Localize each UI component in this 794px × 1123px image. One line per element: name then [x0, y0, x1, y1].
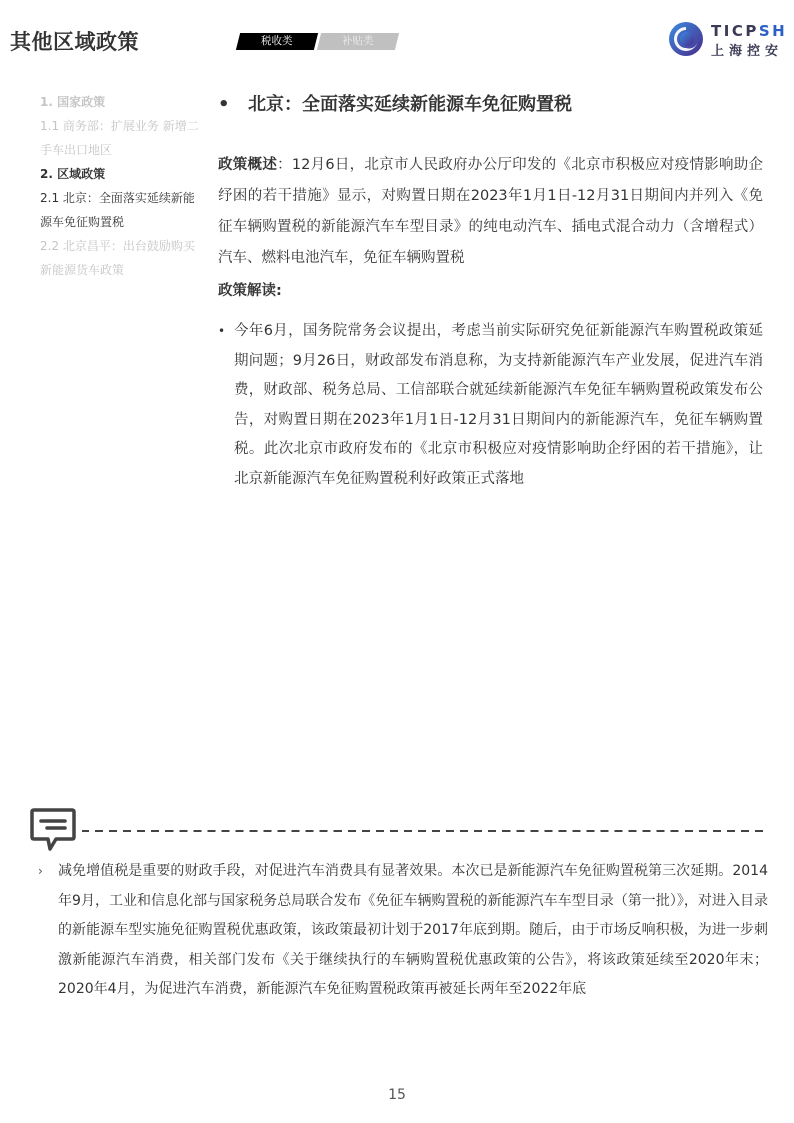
logo-text-en: TICPSH — [711, 22, 787, 40]
section-heading: • 北京：全面落实延续新能源车免征购置税 — [218, 90, 763, 120]
dashed-divider — [82, 830, 766, 832]
company-logo: TICPSH 上海控安 — [668, 20, 788, 60]
tab-subsidy[interactable]: 补贴类 — [317, 33, 399, 50]
toc-item-beijing-tax[interactable]: 2.1 北京：全面落实延续新能源车免征购置税 — [40, 186, 200, 234]
page-title: 其他区域政策 — [10, 26, 139, 56]
overview-text: ：12月6日，北京市人民政府办公厅印发的《北京市积极应对疫情影响助企纾困的若干措… — [218, 157, 763, 266]
section-heading-text: 北京：全面落实延续新能源车免征购置税 — [248, 94, 572, 115]
tab-tax-label: 税收类 — [261, 33, 293, 50]
table-of-contents: 1. 国家政策 1.1 商务部：扩展业务 新增二手车出口地区 2. 区域政策 2… — [40, 90, 200, 282]
bullet-icon: • — [218, 317, 225, 347]
policy-overview: 政策概述：12月6日，北京市人民政府办公厅印发的《北京市积极应对疫情影响助企纾困… — [218, 150, 763, 274]
overview-label: 政策概述 — [218, 157, 277, 173]
bullet-icon: • — [218, 90, 230, 120]
tab-tax[interactable]: 税收类 — [236, 33, 318, 50]
toc-item-national-policy[interactable]: 1. 国家政策 — [40, 90, 200, 114]
toc-item-regional-policy[interactable]: 2. 区域政策 — [40, 162, 200, 186]
interpretation-text: 今年6月，国务院常务会议提出，考虑当前实际研究免征新能源汽车购置税政策延期问题；… — [234, 323, 763, 487]
tab-subsidy-label: 补贴类 — [342, 33, 374, 50]
commentary-text: 减免增值税是重要的财政手段，对促进汽车消费具有显著效果。本次已是新能源汽车免征购… — [38, 857, 768, 1005]
interpretation-label: 政策解读: — [218, 276, 763, 307]
toc-item-changping-trucks[interactable]: 2.2 北京昌平：出台鼓励购买新能源货车政策 — [40, 234, 200, 282]
commentary-note: › 减免增值税是重要的财政手段，对促进汽车消费具有显著效果。本次已是新能源汽车免… — [38, 857, 768, 1005]
toc-item-commerce-ministry[interactable]: 1.1 商务部：扩展业务 新增二手车出口地区 — [40, 114, 200, 162]
main-content: • 北京：全面落实延续新能源车免征购置税 政策概述：12月6日，北京市人民政府办… — [218, 90, 763, 494]
chevron-right-icon: › — [38, 857, 43, 887]
interpretation-paragraph: • 今年6月，国务院常务会议提出，考虑当前实际研究免征新能源汽车购置税政策延期问… — [218, 317, 763, 494]
page-number: 15 — [0, 1087, 794, 1103]
logo-text-cn: 上海控安 — [711, 40, 783, 59]
swirl-logo-icon — [668, 21, 704, 57]
comment-icon — [30, 807, 76, 853]
